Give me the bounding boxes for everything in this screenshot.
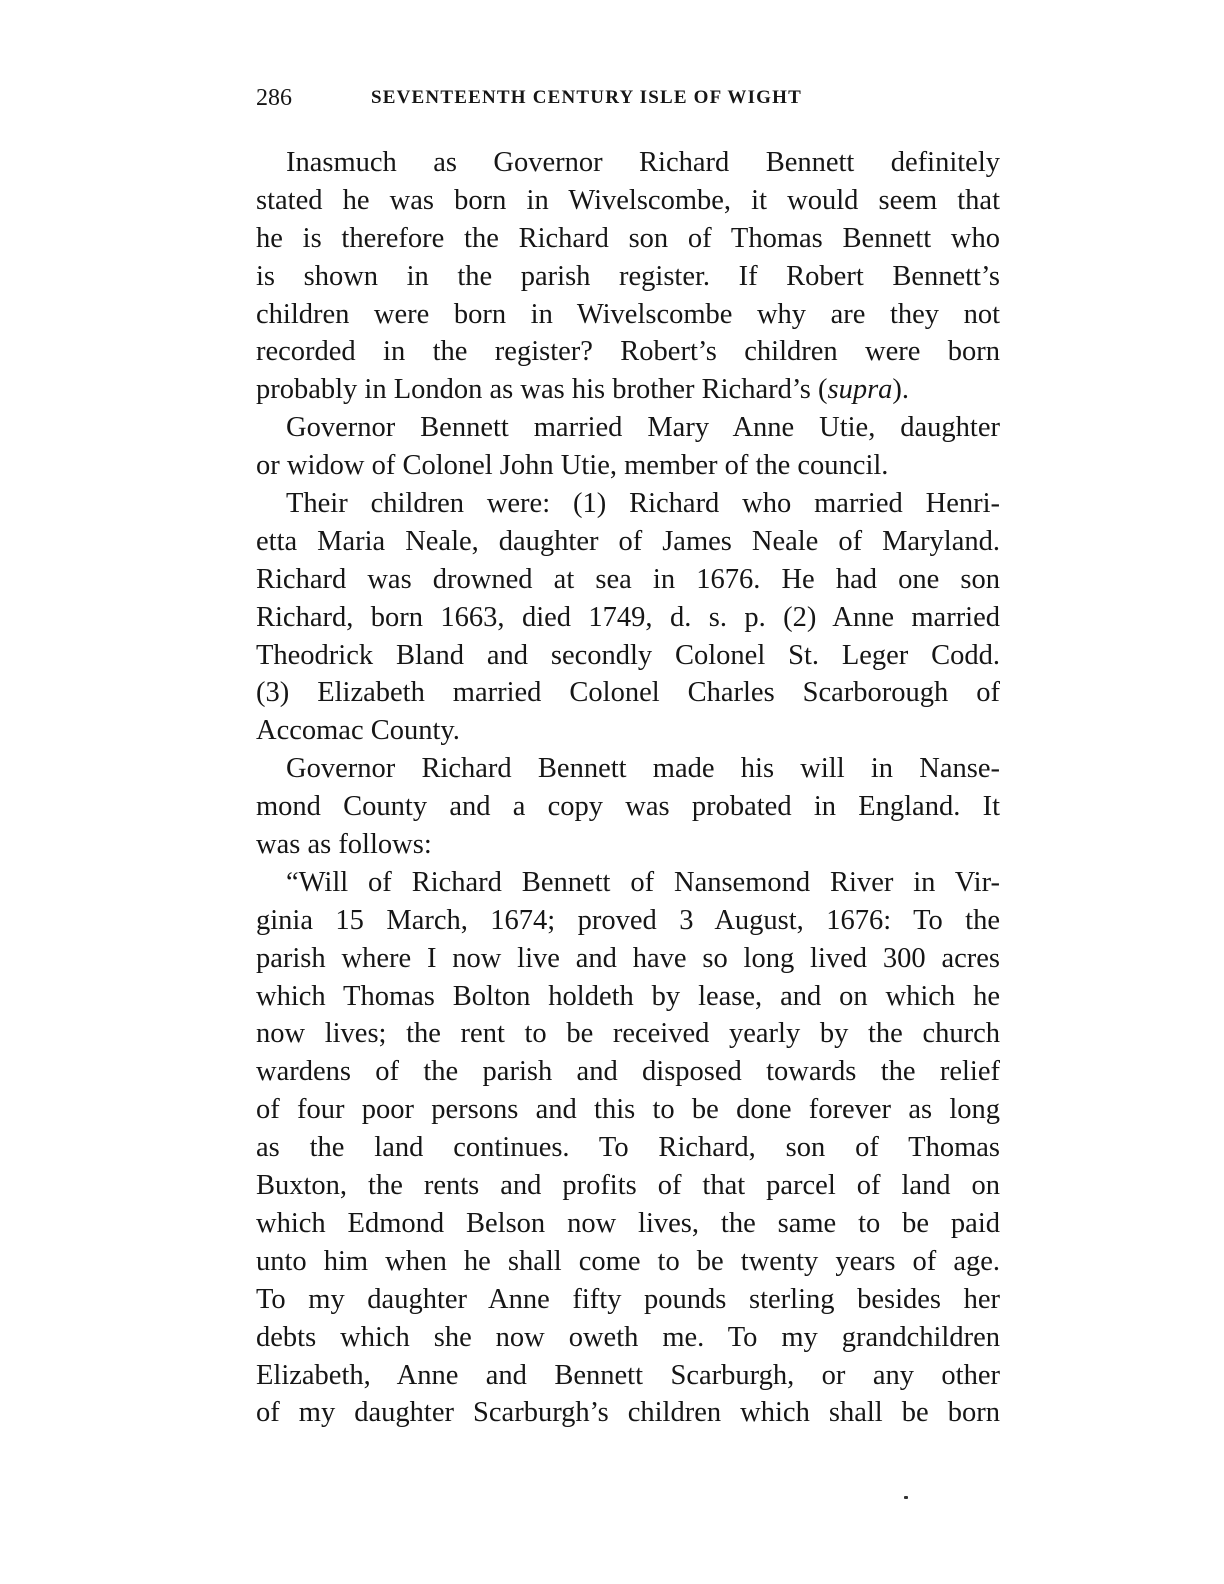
text-line: parish where I now live and have so long… bbox=[256, 940, 1000, 978]
text-line: Richard was drowned at sea in 1676. He h… bbox=[256, 561, 1000, 599]
text-span: probably in London as was his brother Ri… bbox=[256, 374, 818, 405]
text-line: which Edmond Belson now lives, the same … bbox=[256, 1205, 1000, 1243]
text-line: is shown in the parish register. If Robe… bbox=[256, 258, 1000, 296]
text-line: was as follows: bbox=[256, 826, 1000, 864]
text-line: which Thomas Bolton holdeth by lease, an… bbox=[256, 978, 1000, 1016]
paragraph-will-quote: “Will of Richard Bennett of Nansemond Ri… bbox=[256, 864, 1000, 1432]
paragraph-will-intro: Governor Richard Bennett made his will i… bbox=[256, 750, 1000, 864]
text-line: as the land continues. To Richard, son o… bbox=[256, 1129, 1000, 1167]
text-line: unto him when he shall come to be twenty… bbox=[256, 1243, 1000, 1281]
text-line: Governor Richard Bennett made his will i… bbox=[256, 750, 1000, 788]
book-page: 286 SEVENTEENTH CENTURY ISLE OF WIGHT In… bbox=[0, 0, 1224, 1584]
text-line: Elizabeth, Anne and Bennett Scarburgh, o… bbox=[256, 1357, 1000, 1395]
paragraph-children: Their children were: (1) Richard who mar… bbox=[256, 485, 1000, 750]
page-number: 286 bbox=[256, 82, 292, 114]
running-head: 286 SEVENTEENTH CENTURY ISLE OF WIGHT bbox=[256, 82, 1000, 114]
text-line: probably in London as was his brother Ri… bbox=[256, 371, 1000, 409]
text-line: etta Maria Neale, daughter of James Neal… bbox=[256, 523, 1000, 561]
text-line: (3) Elizabeth married Colonel Charles Sc… bbox=[256, 674, 1000, 712]
text-line: he is therefore the Richard son of Thoma… bbox=[256, 220, 1000, 258]
text-line: Their children were: (1) Richard who mar… bbox=[256, 485, 1000, 523]
text-line: Governor Bennett married Mary Anne Utie,… bbox=[256, 409, 1000, 447]
text-line: debts which she now oweth me. To my gran… bbox=[256, 1319, 1000, 1357]
italic-citation: supra bbox=[827, 374, 892, 405]
text-line: Accomac County. bbox=[256, 712, 1000, 750]
body-text: Inasmuch as Governor Richard Bennett def… bbox=[256, 144, 1000, 1432]
text-line: stated he was born in Wivelscombe, it wo… bbox=[256, 182, 1000, 220]
paragraph-marriage: Governor Bennett married Mary Anne Utie,… bbox=[256, 409, 1000, 485]
text-line: Buxton, the rents and profits of that pa… bbox=[256, 1167, 1000, 1205]
scan-speck bbox=[904, 1496, 908, 1499]
text-line: of my daughter Scarburgh’s children whic… bbox=[256, 1394, 1000, 1432]
text-line: or widow of Colonel John Utie, member of… bbox=[256, 447, 1000, 485]
text-line: children were born in Wivelscombe why ar… bbox=[256, 296, 1000, 334]
text-span: ). bbox=[892, 374, 909, 405]
text-line: Richard, born 1663, died 1749, d. s. p. … bbox=[256, 599, 1000, 637]
text-line: wardens of the parish and disposed towar… bbox=[256, 1053, 1000, 1091]
text-line: now lives; the rent to be received yearl… bbox=[256, 1015, 1000, 1053]
text-line: ginia 15 March, 1674; proved 3 August, 1… bbox=[256, 902, 1000, 940]
running-title: SEVENTEENTH CENTURY ISLE OF WIGHT bbox=[371, 82, 802, 114]
text-line: mond County and a copy was probated in E… bbox=[256, 788, 1000, 826]
text-line: Theodrick Bland and secondly Colonel St.… bbox=[256, 637, 1000, 675]
paragraph-birthplace: Inasmuch as Governor Richard Bennett def… bbox=[256, 144, 1000, 409]
text-line: To my daughter Anne fifty pounds sterlin… bbox=[256, 1281, 1000, 1319]
text-line: “Will of Richard Bennett of Nansemond Ri… bbox=[256, 864, 1000, 902]
text-line: of four poor persons and this to be done… bbox=[256, 1091, 1000, 1129]
text-line: Inasmuch as Governor Richard Bennett def… bbox=[256, 144, 1000, 182]
text-line: recorded in the register? Robert’s child… bbox=[256, 333, 1000, 371]
